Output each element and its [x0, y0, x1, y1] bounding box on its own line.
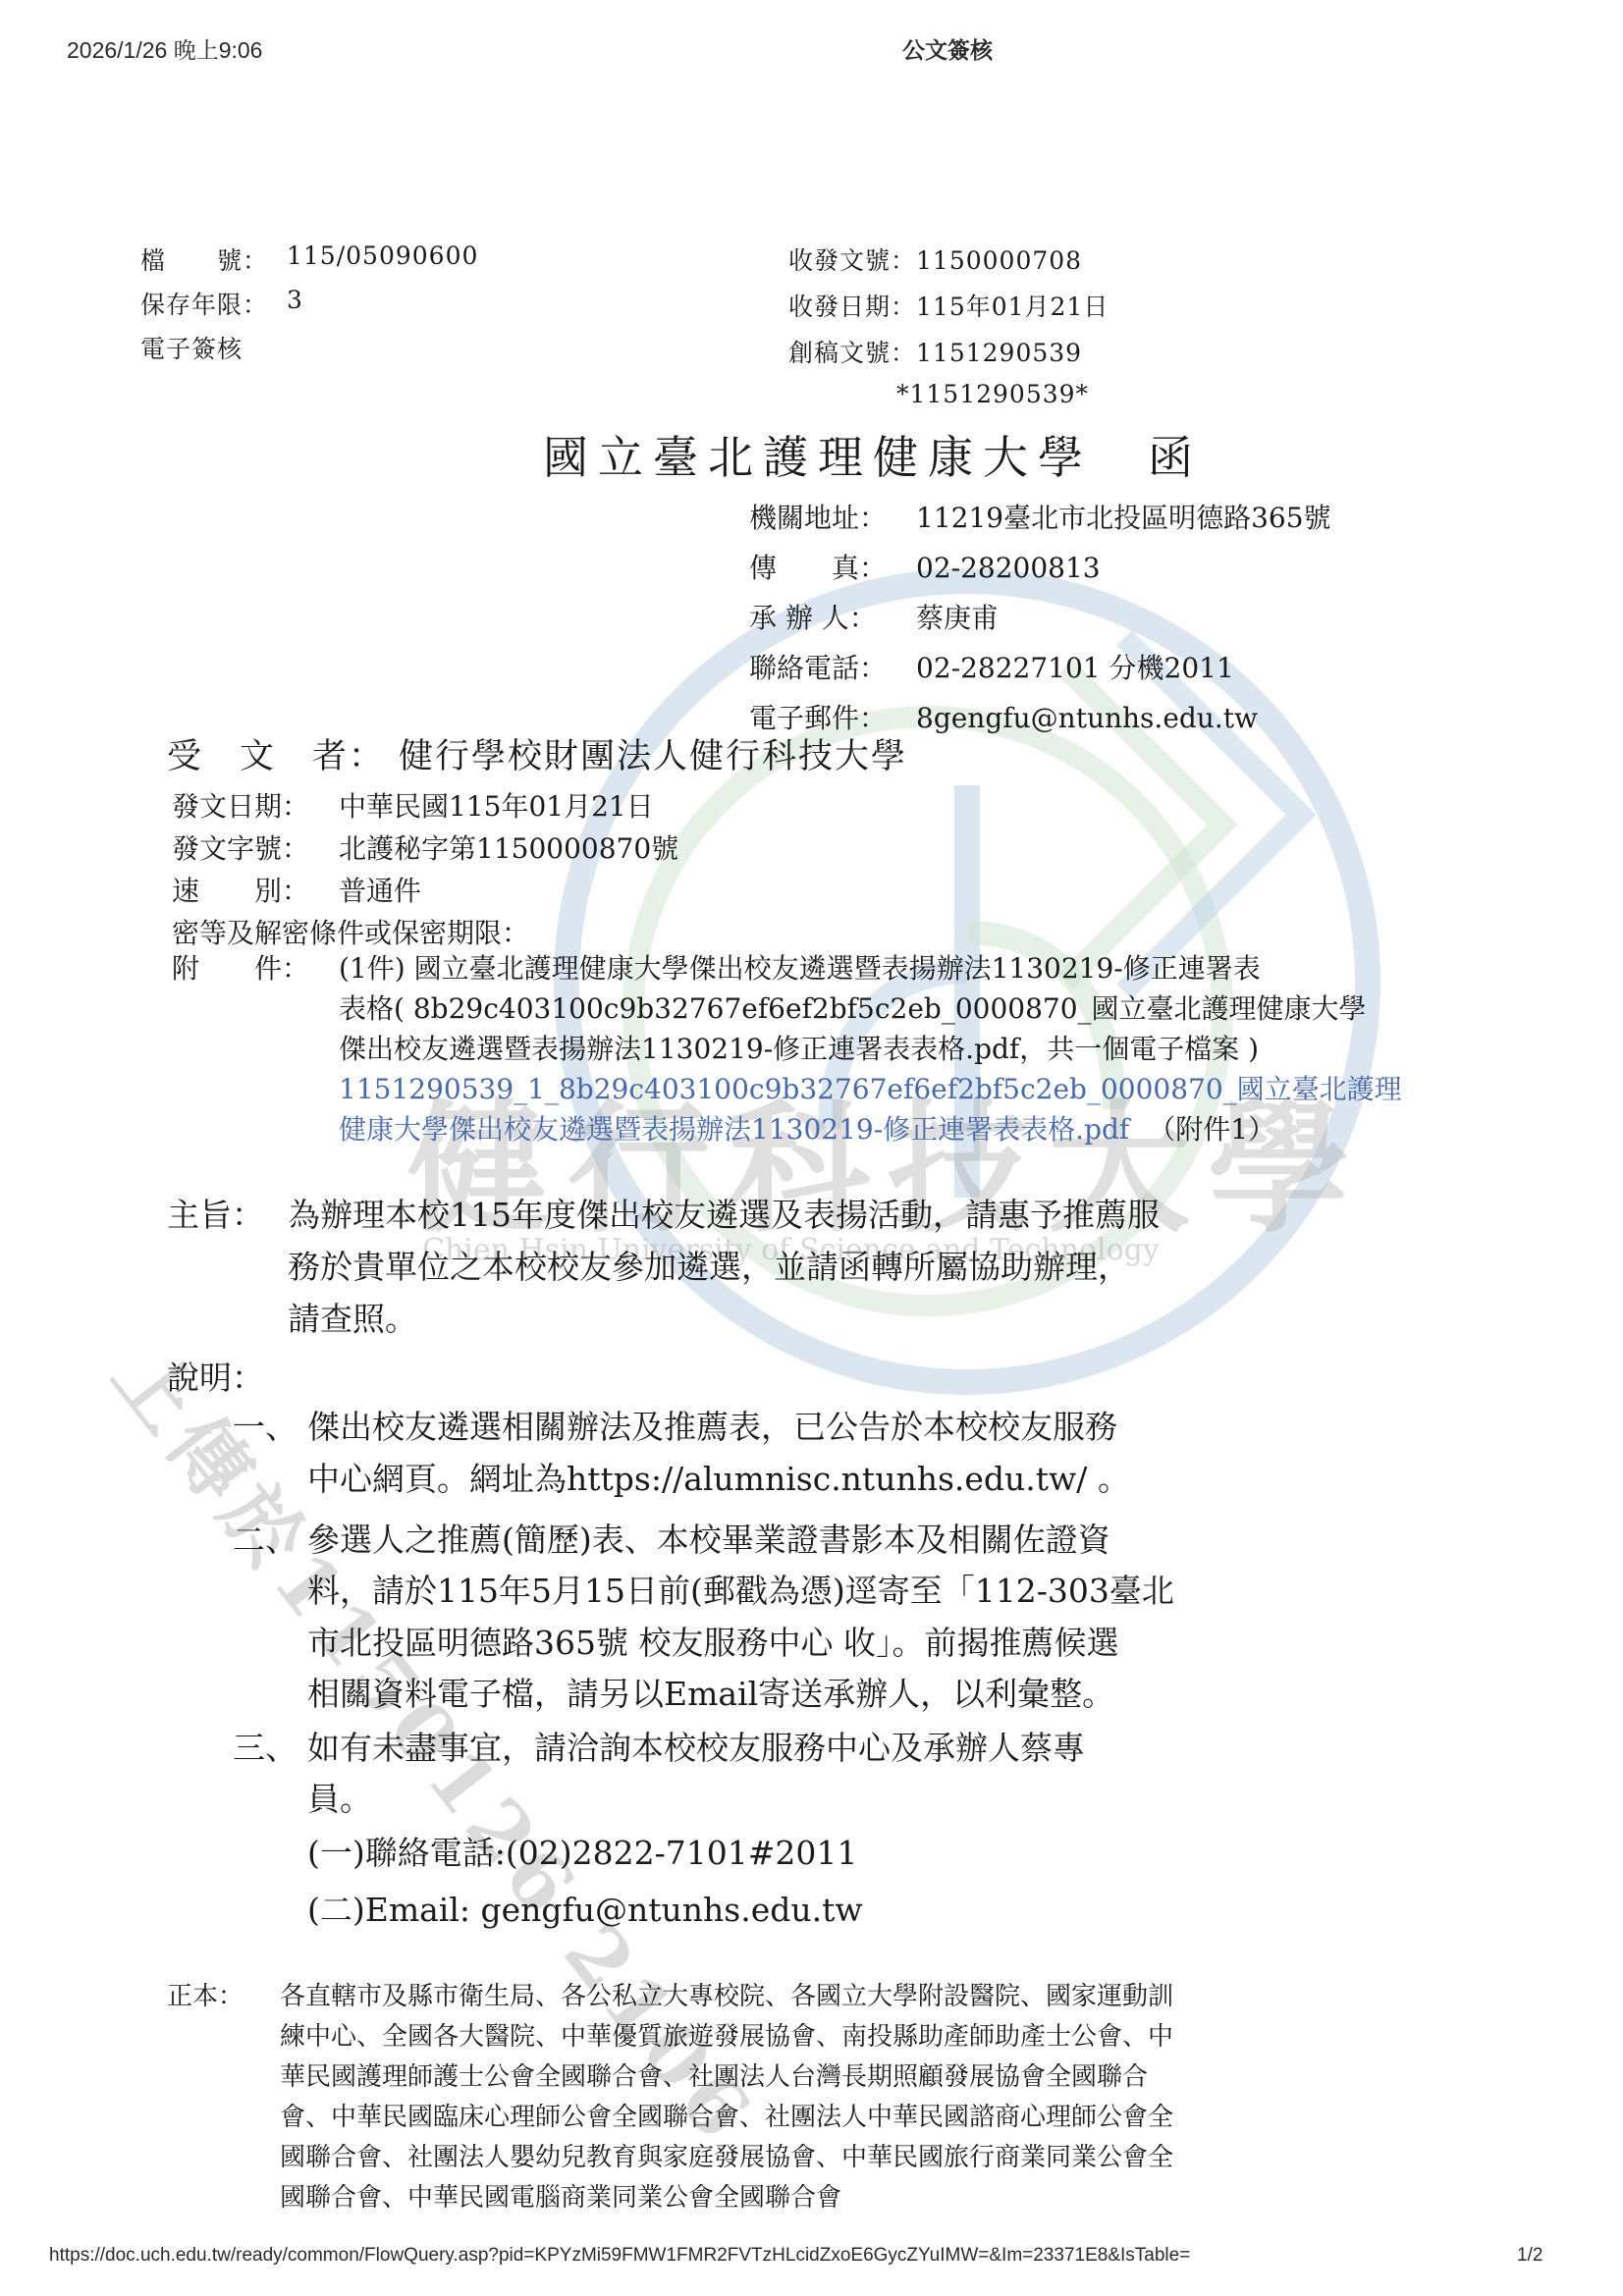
- file-number-row: 檔 號： 115/05090600: [140, 241, 268, 277]
- sender-phone-label: 聯絡電話：: [749, 647, 916, 686]
- receive-number-value: 1150000708: [916, 246, 1082, 275]
- draft-number-label: 創稿文號：: [788, 334, 916, 369]
- subject-line: 務於貴單位之本校校友參加遴選，並請函轉所屬協助辦理，: [288, 1242, 1130, 1288]
- item-line: 傑出校友遴選相關辦法及推薦表，已公告於本校校友服務: [307, 1402, 1117, 1448]
- subject-line: 為辦理本校115年度傑出校友遴選及表揚活動，請惠予推薦服: [288, 1190, 1160, 1236]
- draft-number-value: 1151290539: [916, 339, 1082, 367]
- receive-date-value: 115年01月21日: [916, 293, 1109, 321]
- copy-line: 國聯合會、中華民國電腦商業同業公會全國聯合會: [280, 2177, 841, 2214]
- doc-number-value: 北護秘字第1150000870號: [339, 832, 678, 865]
- item-line: 料，請於115年5月15日前(郵戳為憑)逕寄至「112-303臺北: [307, 1566, 1174, 1612]
- item-number: 三、: [233, 1723, 298, 1769]
- sender-address-value: 11219臺北市北投區明德路365號: [916, 502, 1331, 534]
- retention-row: 保存年限： 3: [140, 286, 268, 321]
- sender-contact-label: 承 辦 人：: [749, 597, 916, 636]
- doc-number-row: 發文字號：北護秘字第1150000870號: [172, 828, 678, 867]
- copy-line: 華民國護理師護士公會全國聯合會、社團法人台灣長期照顧發展協會全國聯合: [280, 2056, 1148, 2093]
- sender-email-value: 8gengfu@ntunhs.edu.tw: [916, 702, 1258, 734]
- sender-address-row: 機關地址：11219臺北市北投區明德路365號: [749, 497, 1331, 536]
- item-line: 如有未盡事宜，請洽詢本校校友服務中心及承辦人蔡專: [307, 1723, 1085, 1769]
- sender-phone-value: 02-28227101 分機2011: [916, 652, 1234, 684]
- copy-label: 正本：: [167, 1976, 243, 2012]
- subitem-line: (二)Email: gengfu@ntunhs.edu.tw: [307, 1885, 863, 1931]
- issue-date-value: 中華民國115年01月21日: [339, 790, 654, 823]
- secrecy-label: 密等及解密條件或保密期限：: [172, 917, 529, 949]
- item-line: 員。: [307, 1774, 372, 1820]
- attachment-link-row: 健康大學傑出校友遴選暨表揚辦法1130219-修正連署表表格.pdf （附件1）: [339, 1108, 1275, 1148]
- sender-fax-value: 02-28200813: [916, 552, 1101, 584]
- draft-number-row: 創稿文號：1151290539: [788, 334, 1082, 369]
- sender-fax-label: 傳 真：: [749, 547, 916, 586]
- receive-date-row: 收發日期：115年01月21日: [788, 288, 1109, 323]
- print-footer-page-number: 1/2: [1517, 2245, 1542, 2267]
- sender-fax-row: 傳 真：02-28200813: [749, 547, 1101, 586]
- copy-line: 練中心、全國各大醫院、中華優質旅遊發展協會、南投縣助產師助產士公會、中: [280, 2016, 1173, 2053]
- subject-line: 請查照。: [288, 1294, 417, 1340]
- receive-number-label: 收發文號：: [788, 241, 916, 277]
- letter-title: 國立臺北護理健康大學 函: [543, 422, 1203, 487]
- file-number-label: 檔 號：: [140, 246, 268, 275]
- speed-row: 速 別：普通件: [172, 870, 421, 909]
- explanation-label: 說明：: [167, 1353, 264, 1399]
- issue-date-label: 發文日期：: [172, 785, 339, 825]
- sender-phone-row: 聯絡電話：02-28227101 分機2011: [749, 647, 1234, 686]
- print-header-datetime: 2026/1/26 晚上9:06: [67, 32, 262, 65]
- item-line: 中心網頁。網址為https://alumnisc.ntunhs.edu.tw/ …: [307, 1454, 1130, 1500]
- attachment-ref-label: （附件1）: [1148, 1113, 1275, 1146]
- recipient-value: 健行學校財團法人健行科技大學: [399, 737, 907, 776]
- subject-label: 主旨：: [167, 1190, 264, 1236]
- document-page: 健行科技大學 Chien Hsin University of Science …: [0, 0, 1623, 2296]
- item-line: 參選人之推薦(簡歷)表、本校畢業證書影本及相關佐證資: [307, 1515, 1110, 1561]
- secrecy-row: 密等及解密條件或保密期限：: [172, 912, 529, 951]
- attachment-line: (1件) 國立臺北護理健康大學傑出校友遴選暨表揚辦法1130219-修正連署表: [339, 947, 1261, 987]
- copy-line: 各直轄市及縣市衛生局、各公私立大專校院、各國立大學附設醫院、國家運動訓: [280, 1976, 1173, 2012]
- item-line: 市北投區明德路365號 校友服務中心 收」。前揭推薦候選: [307, 1618, 1118, 1664]
- issue-date-row: 發文日期：中華民國115年01月21日: [172, 785, 654, 825]
- recipient-row: 受 文 者：健行學校財團法人健行科技大學: [167, 729, 907, 778]
- retention-value: 3: [287, 286, 303, 314]
- doc-number-label: 發文字號：: [172, 828, 339, 867]
- attachment-link-line[interactable]: 健康大學傑出校友遴選暨表揚辦法1130219-修正連署表表格.pdf: [339, 1113, 1129, 1146]
- recipient-label: 受 文 者：: [167, 737, 385, 776]
- esign-row: 電子簽核: [140, 330, 243, 365]
- attachment-line: 傑出校友遴選暨表揚辦法1130219-修正連署表表格.pdf，共一個電子檔案 ): [339, 1028, 1259, 1067]
- file-number-value: 115/05090600: [287, 241, 478, 270]
- attachment-label: 附 件：: [172, 947, 309, 987]
- sender-address-label: 機關地址：: [749, 497, 916, 536]
- print-header-title: 公文簽核: [902, 32, 993, 65]
- esign-label: 電子簽核: [140, 335, 243, 363]
- speed-label: 速 別：: [172, 870, 339, 909]
- print-footer-url: https://doc.uch.edu.tw/ready/common/Flow…: [49, 2245, 1190, 2267]
- receive-number-row: 收發文號：1150000708: [788, 241, 1082, 277]
- speed-value: 普通件: [339, 875, 421, 907]
- sender-contact-value: 蔡庚甫: [916, 602, 999, 634]
- sender-contact-row: 承 辦 人：蔡庚甫: [749, 597, 999, 636]
- attachment-link-line[interactable]: 1151290539_1_8b29c403100c9b32767ef6ef2bf…: [339, 1068, 1402, 1107]
- item-number: 一、: [233, 1402, 298, 1448]
- copy-line: 會、中華民國臨床心理師公會全國聯合會、社團法人中華民國諮商心理師公會全: [280, 2097, 1173, 2133]
- retention-label: 保存年限：: [140, 291, 268, 319]
- subitem-line: (一)聯絡電話:(02)2822-7101#2011: [307, 1828, 857, 1874]
- copy-line: 國聯合會、社團法人嬰幼兒教育與家庭發展協會、中華民國旅行商業同業公會全: [280, 2137, 1173, 2173]
- item-line: 相關資料電子檔，請另以Email寄送承辦人，以利彙整。: [307, 1669, 1114, 1715]
- attachment-line: 表格( 8b29c403100c9b32767ef6ef2bf5c2eb_000…: [339, 988, 1367, 1027]
- item-number: 二、: [233, 1515, 298, 1561]
- receive-date-label: 收發日期：: [788, 288, 916, 323]
- barcode-text: *1151290539*: [896, 380, 1089, 408]
